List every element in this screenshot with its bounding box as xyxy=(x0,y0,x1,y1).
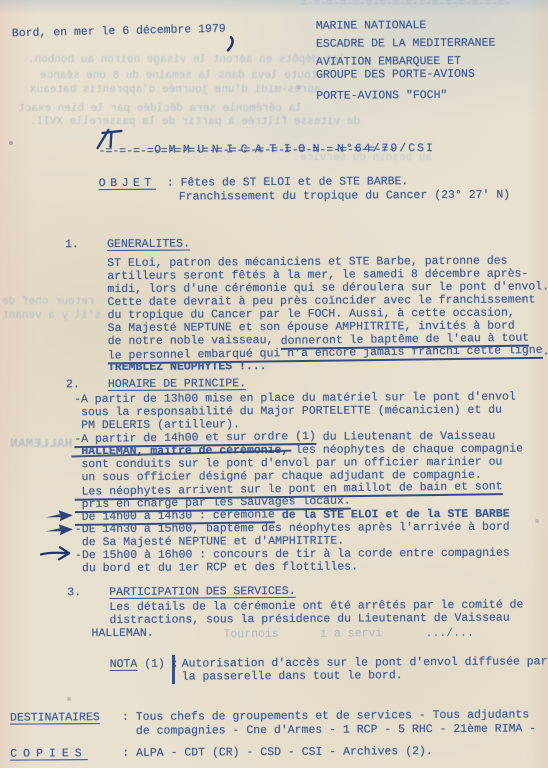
section-number: 1. xyxy=(65,238,79,251)
destinataires-text: : Tous chefs de groupements et de servic… xyxy=(122,708,529,723)
objet-line: : Fêtes de ST ELOI et de STE BARBE. xyxy=(167,175,409,189)
schedule-line: du bord et du 1er RCP et des flottilles. xyxy=(75,560,358,575)
hand-struck-text: HALLEMAN, maître de cérémonie, xyxy=(74,444,288,458)
section-heading: HORAIRE DE PRINCIPE. xyxy=(108,377,246,391)
body-line: sous la responsabilité du Major PORTELET… xyxy=(74,404,502,420)
nota-divider-bar xyxy=(172,655,175,684)
nota-text: la passerelle dans tout le bord. xyxy=(182,669,403,683)
letterhead-line: ESCADRE DE LA MEDITERRANEE xyxy=(316,37,496,51)
section-heading: GENERALITES. xyxy=(107,238,190,252)
nota-label: NOTA xyxy=(110,658,138,671)
hand-arrow-icon xyxy=(39,544,75,562)
section-number: 3. xyxy=(67,586,81,599)
letterhead-line: MARINE NATIONALE xyxy=(316,19,426,33)
body-line: HALLEMAN. xyxy=(91,627,153,640)
letterhead-line: GROUPE DES PORTE-AVIONS xyxy=(316,68,475,82)
copies-text: : ALPA - CDT (CR) - CSD - CSI - Archives… xyxy=(122,745,433,760)
schedule-line: -De 15h00 à 16h00 : concours de tir à la… xyxy=(75,547,510,563)
objet-line: Franchissement du tropique du Cancer (23… xyxy=(179,189,510,204)
document-page: Bord, en mer le 6 décembre 1979 MARINE N… xyxy=(0,0,548,768)
nota-text: Autorisation d'accès sur le pont d'envol… xyxy=(182,655,548,670)
section-heading: PARTICIPATION DES SERVICES. xyxy=(109,585,295,599)
date-line: Bord, en mer le 6 décembre 1979 xyxy=(12,23,226,41)
title-underline: -=-=-=-=-=-=-=-=-=-=-=-=-=-=-=-=-=-=-=-=… xyxy=(99,143,396,158)
ghost-text: Tournois i a servi xyxy=(223,627,382,641)
pen-comma-icon xyxy=(225,35,237,53)
destinataires-label: DESTINATAIRES xyxy=(10,711,100,725)
continuation-marker: .../... xyxy=(425,627,473,640)
nota-line: NOTA (1) : xyxy=(110,658,179,671)
body-line: PM DELERIS (artilleur). xyxy=(74,418,240,432)
body-line: distractions, sous la présidence du Lieu… xyxy=(109,612,509,627)
body-line: TREMBLEZ NEOPHYTES !... xyxy=(108,360,267,374)
schedule-line: -DE 14h30 à 15h00, baptême des néophytes… xyxy=(75,521,510,537)
destinataires-text: de compagnies - Cne d'Armes - 1 RCP - 5 … xyxy=(122,722,536,738)
hand-arrow-icon xyxy=(45,521,75,537)
letterhead-line: PORTE-AVIONS "FOCH" xyxy=(316,89,447,103)
copies-label: COPIES xyxy=(10,747,87,760)
objet-label: OBJET xyxy=(99,177,156,190)
letterhead-line: AVIATION EMBARQUEE ET xyxy=(316,55,461,69)
section-number: 2. xyxy=(66,378,80,391)
